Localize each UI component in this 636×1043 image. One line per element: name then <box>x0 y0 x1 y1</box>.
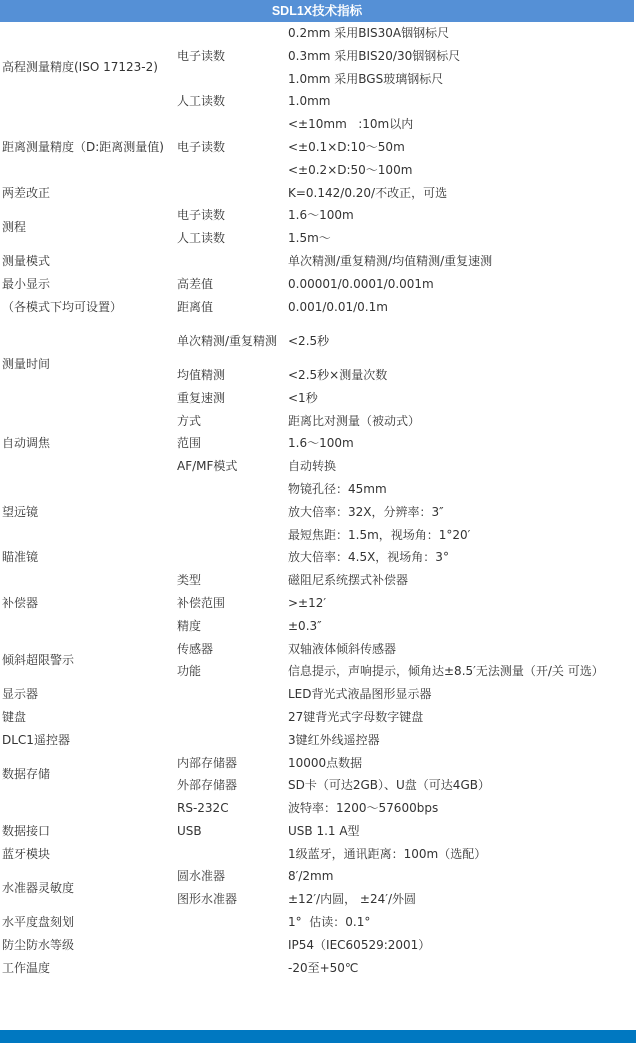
spec-value: 0.001/0.01/0.1m <box>286 296 636 319</box>
spec-label-distance-accuracy: 距离测量精度（D:距离测量值) <box>0 113 175 181</box>
spec-value: 距离比对测量（被动式） <box>286 410 636 433</box>
table-row: 两差改正 K=0.142/0.20/不改正，可选 <box>0 182 636 205</box>
spec-label-vial: 水准器灵敏度 <box>0 865 175 911</box>
sub-label-external: 外部存储器 <box>175 774 286 797</box>
table-row: 自动调焦 方式 距离比对测量（被动式） <box>0 410 636 433</box>
spec-label-interface: 数据接口 <box>0 797 175 843</box>
table-row: 测量时间 单次精测/重复精测 <2.5秒 <box>0 318 636 364</box>
spec-value: <±0.1×D:10～50m <box>286 136 636 159</box>
spec-value: <2.5秒×测量次数 <box>286 364 636 387</box>
spec-value: 1.0mm 采用BGS玻璃钢标尺 <box>286 68 636 91</box>
spec-label-remote: DLC1遥控器 <box>0 729 175 752</box>
table-row: 蓝牙模块 1级蓝牙，通讯距离：100m（选配） <box>0 843 636 866</box>
spec-value: 放大倍率：4.5X，视场角：3° <box>286 546 636 569</box>
sub-label-function: 功能 <box>175 660 286 683</box>
sub-label-comp-range: 补偿范围 <box>175 592 286 615</box>
table-title: SDL1X技术指标 <box>0 0 634 22</box>
spec-value: <±0.2×D:50～100m <box>286 159 636 182</box>
spec-value: ±12′/内圆， ±24′/外圆 <box>286 888 636 911</box>
sub-label-electronic: 电子读数 <box>175 22 286 90</box>
sub-label-electronic: 电子读数 <box>175 113 286 181</box>
spec-label-min-display: 最小显示 <box>0 273 175 296</box>
sub-label-rs232: RS-232C <box>175 797 286 820</box>
spec-label-ip: 防尘防水等级 <box>0 934 175 957</box>
spec-label-finder: 瞄准镜 <box>0 546 175 569</box>
spec-label-bluetooth: 蓝牙模块 <box>0 843 175 866</box>
sub-label-manual: 人工读数 <box>175 227 286 250</box>
spec-value: ±0.3″ <box>286 615 636 638</box>
spec-value: LED背光式液晶图形显示器 <box>286 683 636 706</box>
table-row: 显示器 LED背光式液晶图形显示器 <box>0 683 636 706</box>
spec-value: 波特率：1200～57600bps <box>286 797 636 820</box>
table-row: 补偿器 类型 磁阻尼系统摆式补偿器 <box>0 569 636 592</box>
spec-value: 磁阻尼系统摆式补偿器 <box>286 569 636 592</box>
sub-label-manual: 人工读数 <box>175 90 286 113</box>
table-row: 数据接口 RS-232C 波特率：1200～57600bps <box>0 797 636 820</box>
sub-label-usb: USB <box>175 820 286 843</box>
spec-value: 0.2mm 采用BIS30A铟钢标尺 <box>286 22 636 45</box>
spec-value: >±12′ <box>286 592 636 615</box>
spec-value: IP54（IEC60529:2001） <box>286 934 636 957</box>
sub-label-accuracy: 精度 <box>175 615 286 638</box>
table-row: 工作温度 -20至+50℃ <box>0 957 636 980</box>
spec-value: 物镜孔径：45mm <box>286 478 636 501</box>
spec-value: 1.6～100m <box>286 432 636 455</box>
spec-value: <2.5秒 <box>286 318 636 364</box>
spec-label-meas-time: 测量时间 <box>0 318 175 409</box>
table-row: 高程测量精度(ISO 17123-2) 电子读数 0.2mm 采用BIS30A铟… <box>0 22 636 45</box>
spec-value: 0.00001/0.0001/0.001m <box>286 273 636 296</box>
spec-value: <1秒 <box>286 387 636 410</box>
spec-value: 3键红外线遥控器 <box>286 729 636 752</box>
spec-label-autofocus: 自动调焦 <box>0 410 175 478</box>
spec-label-min-display-note: （各模式下均可设置） <box>0 296 175 319</box>
sub-label-circular: 圆水准器 <box>175 865 286 888</box>
sub-label-method: 方式 <box>175 410 286 433</box>
spec-value: 1.5m～ <box>286 227 636 250</box>
spec-value: 10000点数据 <box>286 752 636 775</box>
table-row: 倾斜超限警示 传感器 双轴液体倾斜传感器 <box>0 638 636 661</box>
sub-label-single: 单次精测/重复精测 <box>175 318 286 364</box>
sub-label-graphic: 图形水准器 <box>175 888 286 911</box>
spec-value: USB 1.1 A型 <box>286 820 636 843</box>
spec-value: 最短焦距：1.5m，视场角：1°20′ <box>286 524 636 547</box>
table-row: 键盘 27键背光式字母数字键盘 <box>0 706 636 729</box>
table-row: 瞄准镜 放大倍率：4.5X，视场角：3° <box>0 546 636 569</box>
spec-label-compensator: 补偿器 <box>0 569 175 637</box>
table-row: 数据存储 内部存储器 10000点数据 <box>0 752 636 775</box>
spec-label-storage: 数据存储 <box>0 752 175 798</box>
spec-value: 信息提示，声响提示，倾角达±8.5′无法测量（开/关 可选） <box>286 660 636 683</box>
table-row: 水平度盘刻划 1° 估读：0.1° <box>0 911 636 934</box>
spec-label-circle: 水平度盘刻划 <box>0 911 175 934</box>
spec-value: 27键背光式字母数字键盘 <box>286 706 636 729</box>
footer-bar <box>0 1030 636 1043</box>
sub-label-afmf: AF/MF模式 <box>175 455 286 478</box>
sub-label-mean: 均值精测 <box>175 364 286 387</box>
spec-label-two-diff: 两差改正 <box>0 182 175 205</box>
spec-value: 放大倍率：32X，分辨率：3″ <box>286 501 636 524</box>
spec-label-tilt-warning: 倾斜超限警示 <box>0 638 175 684</box>
spec-value: 8′/2mm <box>286 865 636 888</box>
spec-value: 双轴液体倾斜传感器 <box>286 638 636 661</box>
spec-value: 0.3mm 采用BIS20/30铟钢标尺 <box>286 45 636 68</box>
spec-label-mode: 测量模式 <box>0 250 175 273</box>
spec-label-temp: 工作温度 <box>0 957 175 980</box>
sub-label-sensor: 传感器 <box>175 638 286 661</box>
sub-label-distance: 距离值 <box>175 296 286 319</box>
sub-label-internal: 内部存储器 <box>175 752 286 775</box>
spec-value: SD卡（可达2GB）、U盘（可达4GB） <box>286 774 636 797</box>
spec-label-display: 显示器 <box>0 683 175 706</box>
spec-value: 单次精测/重复精测/均值精测/重复速测 <box>286 250 636 273</box>
table-row: 测程 电子读数 1.6～100m <box>0 204 636 227</box>
spec-value: 1.6～100m <box>286 204 636 227</box>
sub-label-electronic: 电子读数 <box>175 204 286 227</box>
table-row: 距离测量精度（D:距离测量值) 电子读数 <±10mm :10m以内 <box>0 113 636 136</box>
spec-label-range: 测程 <box>0 204 175 250</box>
table-row: DLC1遥控器 3键红外线遥控器 <box>0 729 636 752</box>
table-row: 水准器灵敏度 圆水准器 8′/2mm <box>0 865 636 888</box>
spec-value: <±10mm :10m以内 <box>286 113 636 136</box>
spec-value: -20至+50℃ <box>286 957 636 980</box>
sub-label-type: 类型 <box>175 569 286 592</box>
spec-label-keyboard: 键盘 <box>0 706 175 729</box>
table-row: 望远镜 物镜孔径：45mm <box>0 478 636 501</box>
spec-value: 自动转换 <box>286 455 636 478</box>
spec-value: 1.0mm <box>286 90 636 113</box>
sub-label-fast: 重复速测 <box>175 387 286 410</box>
spec-label-telescope: 望远镜 <box>0 478 175 546</box>
table-row: （各模式下均可设置） 距离值 0.001/0.01/0.1m <box>0 296 636 319</box>
spec-value: 1级蓝牙，通讯距离：100m（选配） <box>286 843 636 866</box>
spec-value: 1° 估读：0.1° <box>286 911 636 934</box>
spec-value: K=0.142/0.20/不改正，可选 <box>286 182 636 205</box>
table-row: 最小显示 高差值 0.00001/0.0001/0.001m <box>0 273 636 296</box>
table-row: 防尘防水等级 IP54（IEC60529:2001） <box>0 934 636 957</box>
spec-table: 高程测量精度(ISO 17123-2) 电子读数 0.2mm 采用BIS30A铟… <box>0 22 636 979</box>
table-row: 测量模式 单次精测/重复精测/均值精测/重复速测 <box>0 250 636 273</box>
sub-label-height: 高差值 <box>175 273 286 296</box>
sub-label-range: 范围 <box>175 432 286 455</box>
spec-label-elevation: 高程测量精度(ISO 17123-2) <box>0 22 175 113</box>
